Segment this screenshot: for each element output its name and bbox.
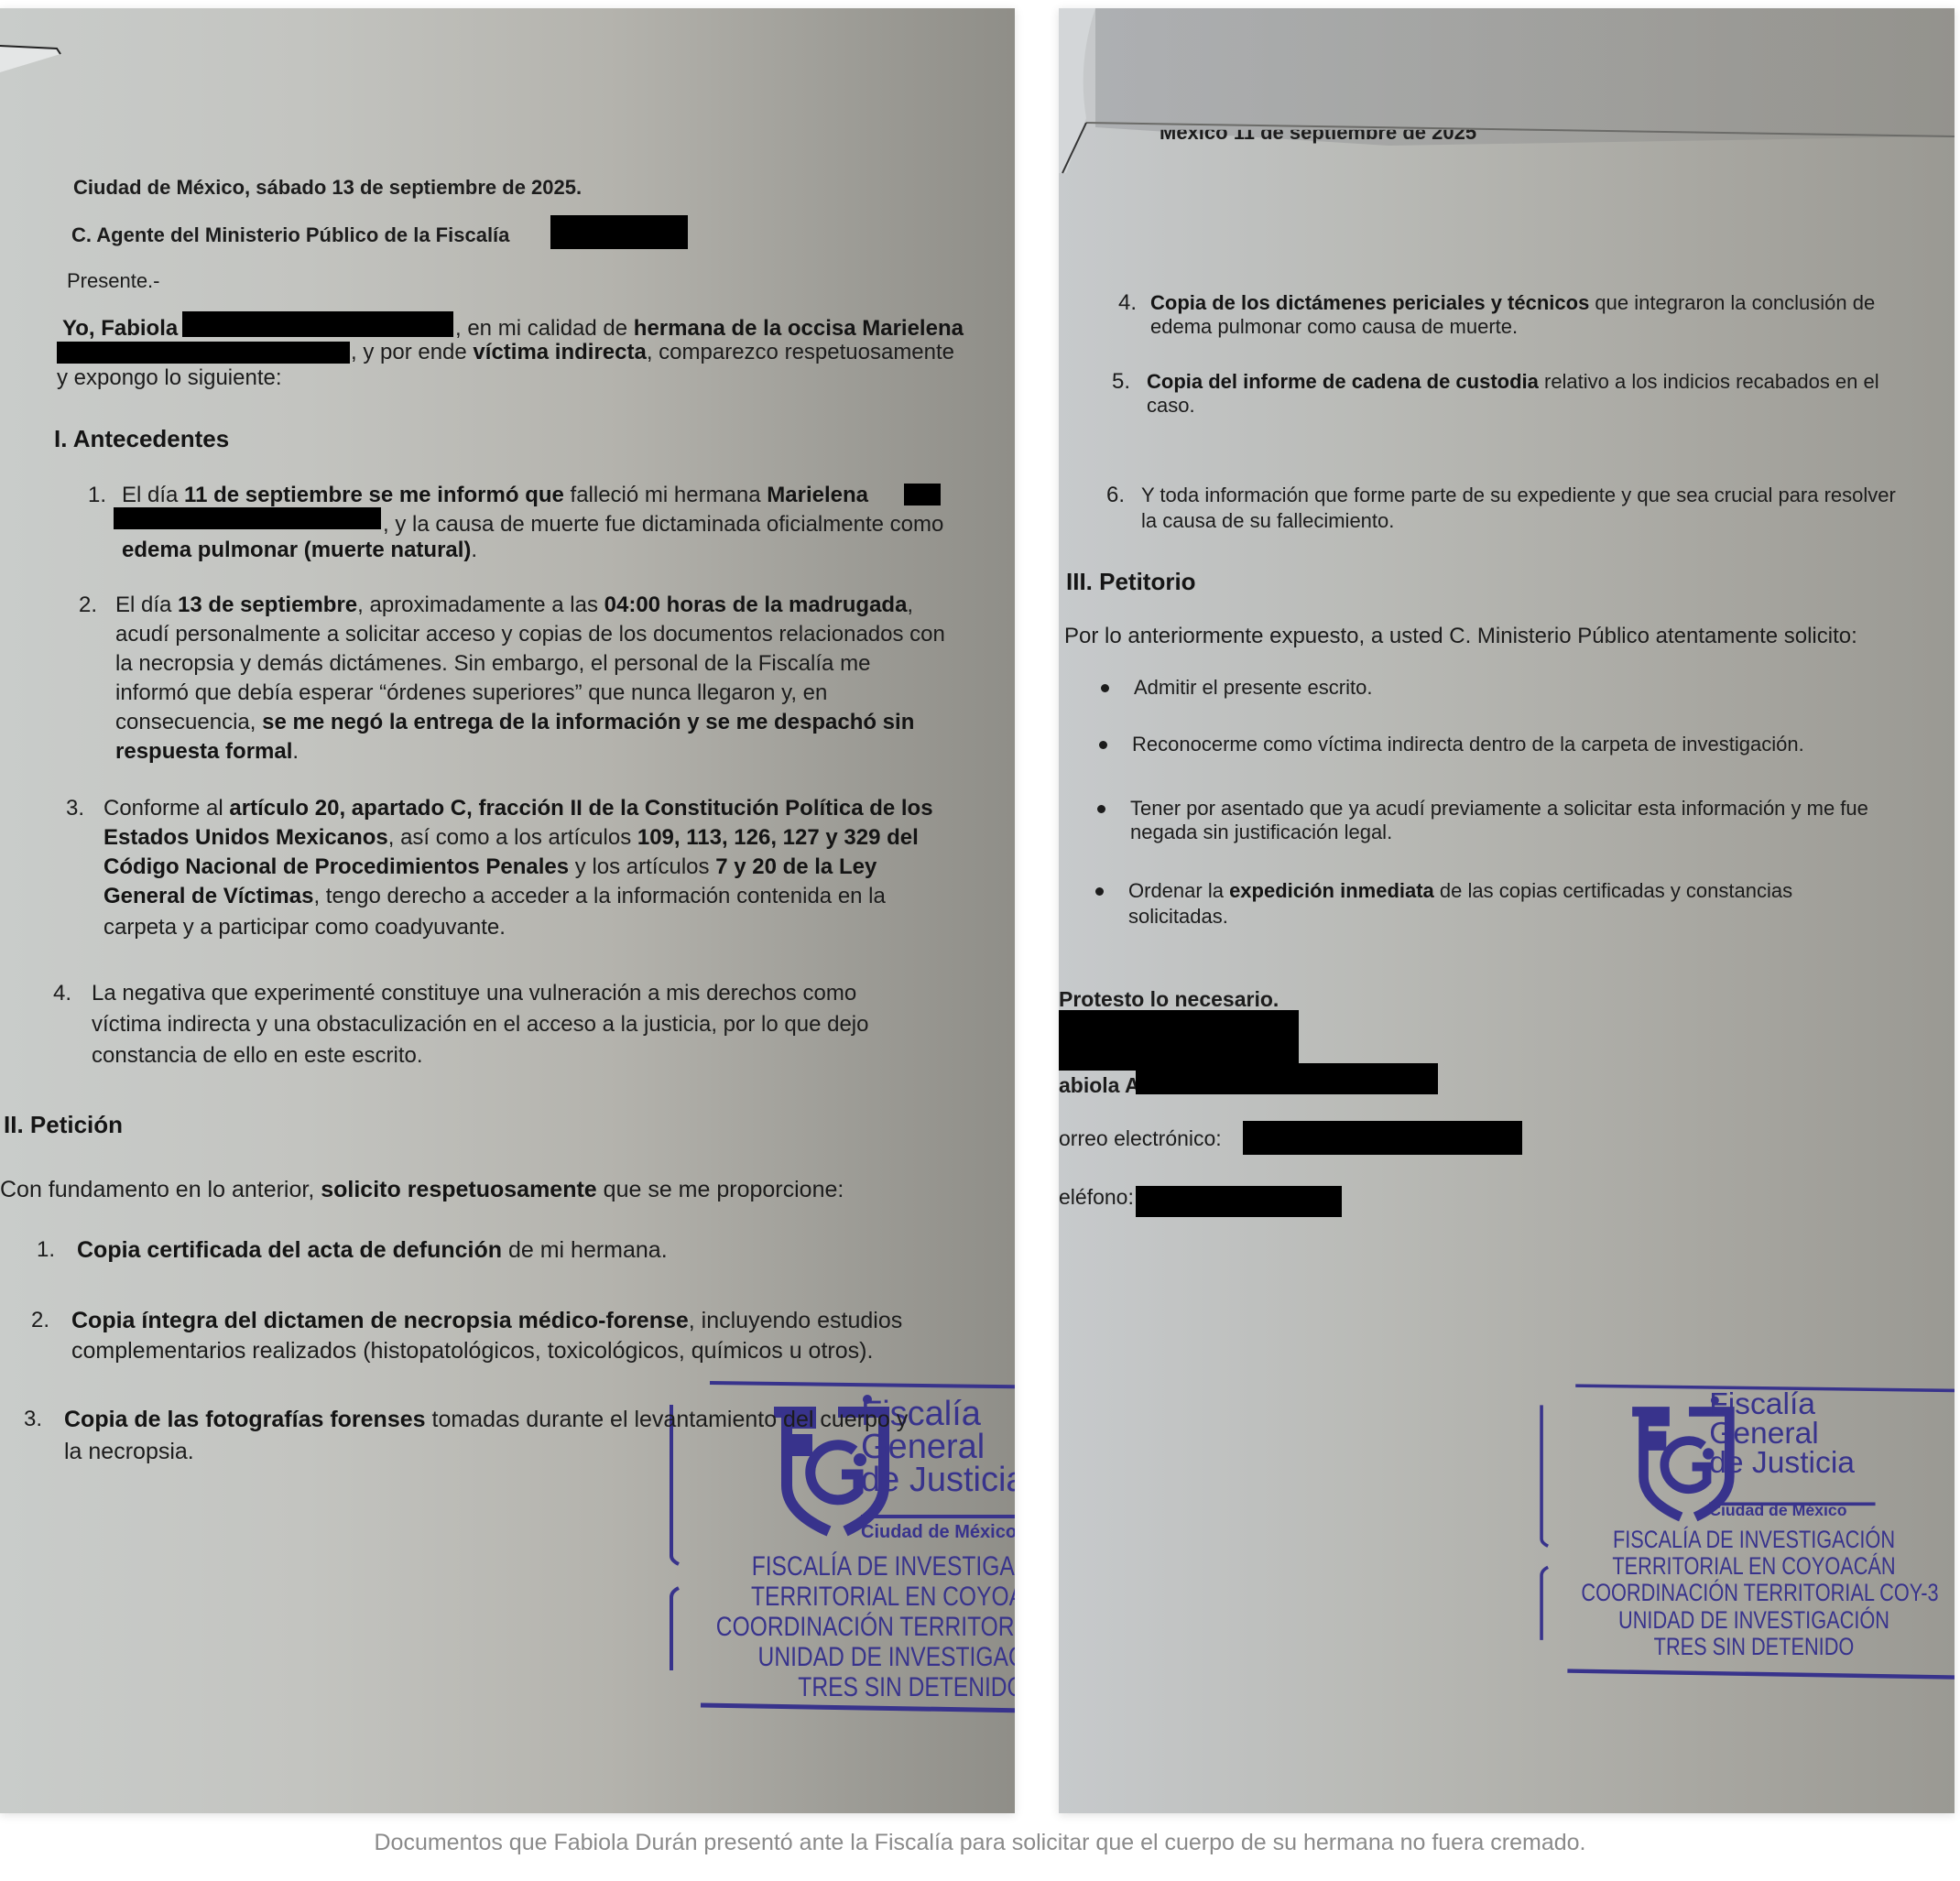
paper-edge-fold: [0, 45, 64, 82]
list-number: 3.: [66, 794, 84, 823]
signature-redaction: [1059, 1010, 1299, 1071]
bold-text: 04:00 horas de la madrugada: [604, 593, 908, 617]
date-line: Ciudad de México, sábado 13 de septiembr…: [73, 173, 582, 202]
stamp-line: TRES SIN DETENIDO: [1581, 1634, 1926, 1660]
stamp-brand-line: de Justicia: [861, 1463, 1015, 1496]
list-number: 5.: [1112, 367, 1130, 397]
list-number: 3.: [24, 1405, 42, 1434]
petitorio-line: negada sin justificación legal.: [1130, 818, 1392, 847]
stamp-brand: FiscalíaGeneralde Justicia: [1709, 1390, 1855, 1478]
name-redaction: [1136, 1063, 1438, 1094]
peticion-line: la causa de su fallecimiento.: [1141, 506, 1394, 536]
bold-text: Copia íntegra del dictamen de necropsia …: [71, 1308, 689, 1333]
phone-redaction: [1136, 1186, 1342, 1217]
list-number: 2.: [31, 1306, 49, 1335]
stamp-line: COORDINACIÓN TERRITORIAL COY-3: [1581, 1580, 1926, 1606]
antecedente-line: constancia de ello en este escrito.: [92, 1041, 423, 1071]
redaction-block: [114, 507, 381, 529]
peticion-line: edema pulmonar como causa de muerte.: [1150, 312, 1518, 342]
text: , y por ende: [351, 340, 467, 364]
stamp-line: TERRITORIAL EN COYOACÁN: [716, 1582, 1015, 1612]
paper-fold-shadow: [1059, 8, 1955, 191]
text: hermana de la occisa Marielena: [634, 316, 964, 341]
stamp-line: FISCALÍA DE INVESTIGACIÓN: [1581, 1527, 1926, 1553]
redaction-block: [550, 215, 688, 249]
email-label: orreo electrónico:: [1059, 1124, 1222, 1153]
petitorio-line: solicitadas.: [1128, 902, 1228, 931]
peticion-line: Copia del informe de cadena de custodia …: [1147, 367, 1879, 397]
bold-text: 109, 113, 126, 127 y 329 del: [637, 825, 919, 850]
antecedente-line: General de Víctimas, tengo derecho a acc…: [103, 882, 886, 911]
bold-text: expedición inmediata: [1229, 879, 1434, 902]
bold-text: se me negó la entrega de la información …: [262, 710, 914, 734]
peticion-line: Copia de las fotografías forenses tomada…: [64, 1405, 908, 1434]
signature-name: abiola A: [1059, 1071, 1140, 1100]
list-number: 6.: [1106, 481, 1125, 510]
bold-text: General de Víctimas: [103, 884, 313, 908]
bullet-icon: [1095, 887, 1104, 896]
bold-text: solicito respetuosamente: [321, 1177, 596, 1202]
section-title-antecedentes: I. Antecedentes: [54, 424, 229, 453]
image-caption: Documentos que Fabiola Durán presentó an…: [0, 1830, 1960, 1856]
antecedente-line: El día 13 de septiembre, aproximadamente…: [115, 591, 913, 620]
stamp-line: TRES SIN DETENIDO: [716, 1672, 1015, 1702]
bold-text: 7 y 20 de la Ley: [715, 854, 877, 879]
stamp-line: TERRITORIAL EN COYOACÁN: [1581, 1553, 1926, 1580]
antecedente-line: acudí personalmente a solicitar acceso y…: [115, 620, 945, 649]
text: , en mi calidad de: [455, 316, 627, 341]
list-number: 2.: [79, 591, 97, 620]
phone-label: eléfono:: [1059, 1182, 1134, 1212]
stamp-city: Ciudad de México: [861, 1522, 1015, 1543]
antecedente-line: El día 11 de septiembre se me informó qu…: [122, 481, 868, 510]
section-title-petitorio: III. Petitorio: [1066, 567, 1196, 596]
petitorio-line: Reconocerme como víctima indirecta dentr…: [1132, 730, 1804, 759]
bold-text: Copia de los dictámenes periciales y téc…: [1150, 291, 1589, 314]
stamp-text: FISCALÍA DE INVESTIGACIÓNTERRITORIAL EN …: [1543, 1527, 1955, 1660]
peticion-line: caso.: [1147, 391, 1195, 420]
bold-text: Código Nacional de Procedimientos Penale…: [103, 854, 569, 879]
list-number: 4.: [1118, 288, 1137, 318]
antecedente-line: carpeta y a participar como coadyuvante.: [103, 913, 506, 942]
petitorio-intro: Por lo anteriormente expuesto, a usted C…: [1064, 622, 1857, 651]
peticion-line: Copia íntegra del dictamen de necropsia …: [71, 1306, 902, 1335]
antecedente-line: víctima indirecta y una obstaculización …: [92, 1010, 868, 1039]
bold-text: Copia de las fotografías forenses: [64, 1407, 426, 1432]
antecedente-line: Conforme al artículo 20, apartado C, fra…: [103, 794, 933, 823]
bold-text: Copia certificada del acta de defunción: [77, 1237, 502, 1263]
stamp-line: FISCALÍA DE INVESTIGACIÓN: [716, 1551, 1015, 1582]
intro-yo: Yo, Fabiola: [62, 316, 178, 341]
official-stamp: FiscalíaGeneralde JusticiaCiudad de Méxi…: [1535, 1373, 1955, 1689]
presente: Presente.-: [67, 266, 160, 296]
antecedente-line: Código Nacional de Procedimientos Penale…: [103, 853, 877, 882]
list-number: 4.: [53, 979, 71, 1008]
antecedente-line: edema pulmonar (muerte natural).: [122, 536, 477, 565]
stamp-line: COORDINACIÓN TERRITORIAL COY-3: [716, 1612, 1015, 1642]
email-redaction: [1243, 1121, 1522, 1155]
list-number: 1.: [88, 481, 106, 510]
stamp-brand-line: General: [1709, 1419, 1855, 1449]
redaction-block: [182, 311, 453, 337]
antecedente-line: la necropsia y demás dictámenes. Sin emb…: [115, 649, 870, 679]
list-number: 1.: [37, 1235, 55, 1265]
bold-text: respuesta formal: [115, 739, 292, 764]
intro-line-3: y expongo lo siguiente:: [57, 364, 282, 393]
intro-line-1: Yo, Fabiola: [62, 314, 178, 343]
text: víctima indirecta: [473, 340, 646, 364]
antecedente-line: informó que debía esperar “órdenes super…: [115, 679, 827, 708]
bold-text: Copia del informe de cadena de custodia: [1147, 370, 1539, 393]
stamp-text: FISCALÍA DE INVESTIGACIÓNTERRITORIAL EN …: [673, 1551, 1015, 1702]
bullet-icon: [1097, 805, 1105, 813]
stamp-brand-line: Fiscalía: [1709, 1390, 1855, 1419]
redaction-block: [57, 342, 350, 364]
document-page-left: Ciudad de México, sábado 13 de septiembr…: [0, 8, 1015, 1813]
antecedente-line: respuesta formal.: [115, 737, 299, 767]
addressee: C. Agente del Ministerio Público de la F…: [71, 221, 509, 250]
bold-text: edema pulmonar (muerte natural): [122, 538, 471, 562]
bold-text: artículo 20, apartado C, fracción II de …: [229, 796, 932, 821]
text: , comparezco respetuosamente: [647, 340, 954, 364]
redaction-block: [904, 484, 941, 506]
intro-line-2: , y por ende víctima indirecta, comparez…: [351, 338, 954, 367]
section-title-peticion: II. Petición: [4, 1110, 123, 1139]
stamp-brand-line: de Justicia: [1709, 1449, 1855, 1478]
antecedente-line: La negativa que experimenté constituye u…: [92, 979, 856, 1008]
peticion-line: complementarios realizados (histopatológ…: [71, 1336, 873, 1365]
bullet-icon: [1099, 741, 1107, 749]
peticion-line: Copia certificada del acta de defunción …: [77, 1235, 668, 1265]
peticion-intro: Con fundamento en lo anterior, solicito …: [0, 1175, 844, 1204]
petitorio-line: Admitir el presente escrito.: [1134, 673, 1372, 702]
bullet-icon: [1101, 684, 1109, 692]
stamp-city: Ciudad de México: [1709, 1501, 1846, 1520]
document-page-right: México 11 de septiembre de 2025 III. Pet…: [1059, 8, 1955, 1813]
bold-text: 11 de septiembre se me informó que: [184, 483, 564, 507]
stamp-brand-line: General: [861, 1430, 1015, 1463]
antecedente-line: consecuencia, se me negó la entrega de l…: [115, 708, 914, 737]
antecedente-line: Estados Unidos Mexicanos, así como a los…: [103, 823, 919, 853]
stamp-line: UNIDAD DE INVESTIGACIÓN: [1581, 1607, 1926, 1634]
stamp-line: UNIDAD DE INVESTIGACIÓN: [716, 1642, 1015, 1672]
bold-text: Estados Unidos Mexicanos: [103, 825, 388, 850]
bold-text: Marielena: [767, 483, 868, 507]
peticion-line: la necropsia.: [64, 1437, 194, 1466]
bold-text: 13 de septiembre: [178, 593, 357, 617]
